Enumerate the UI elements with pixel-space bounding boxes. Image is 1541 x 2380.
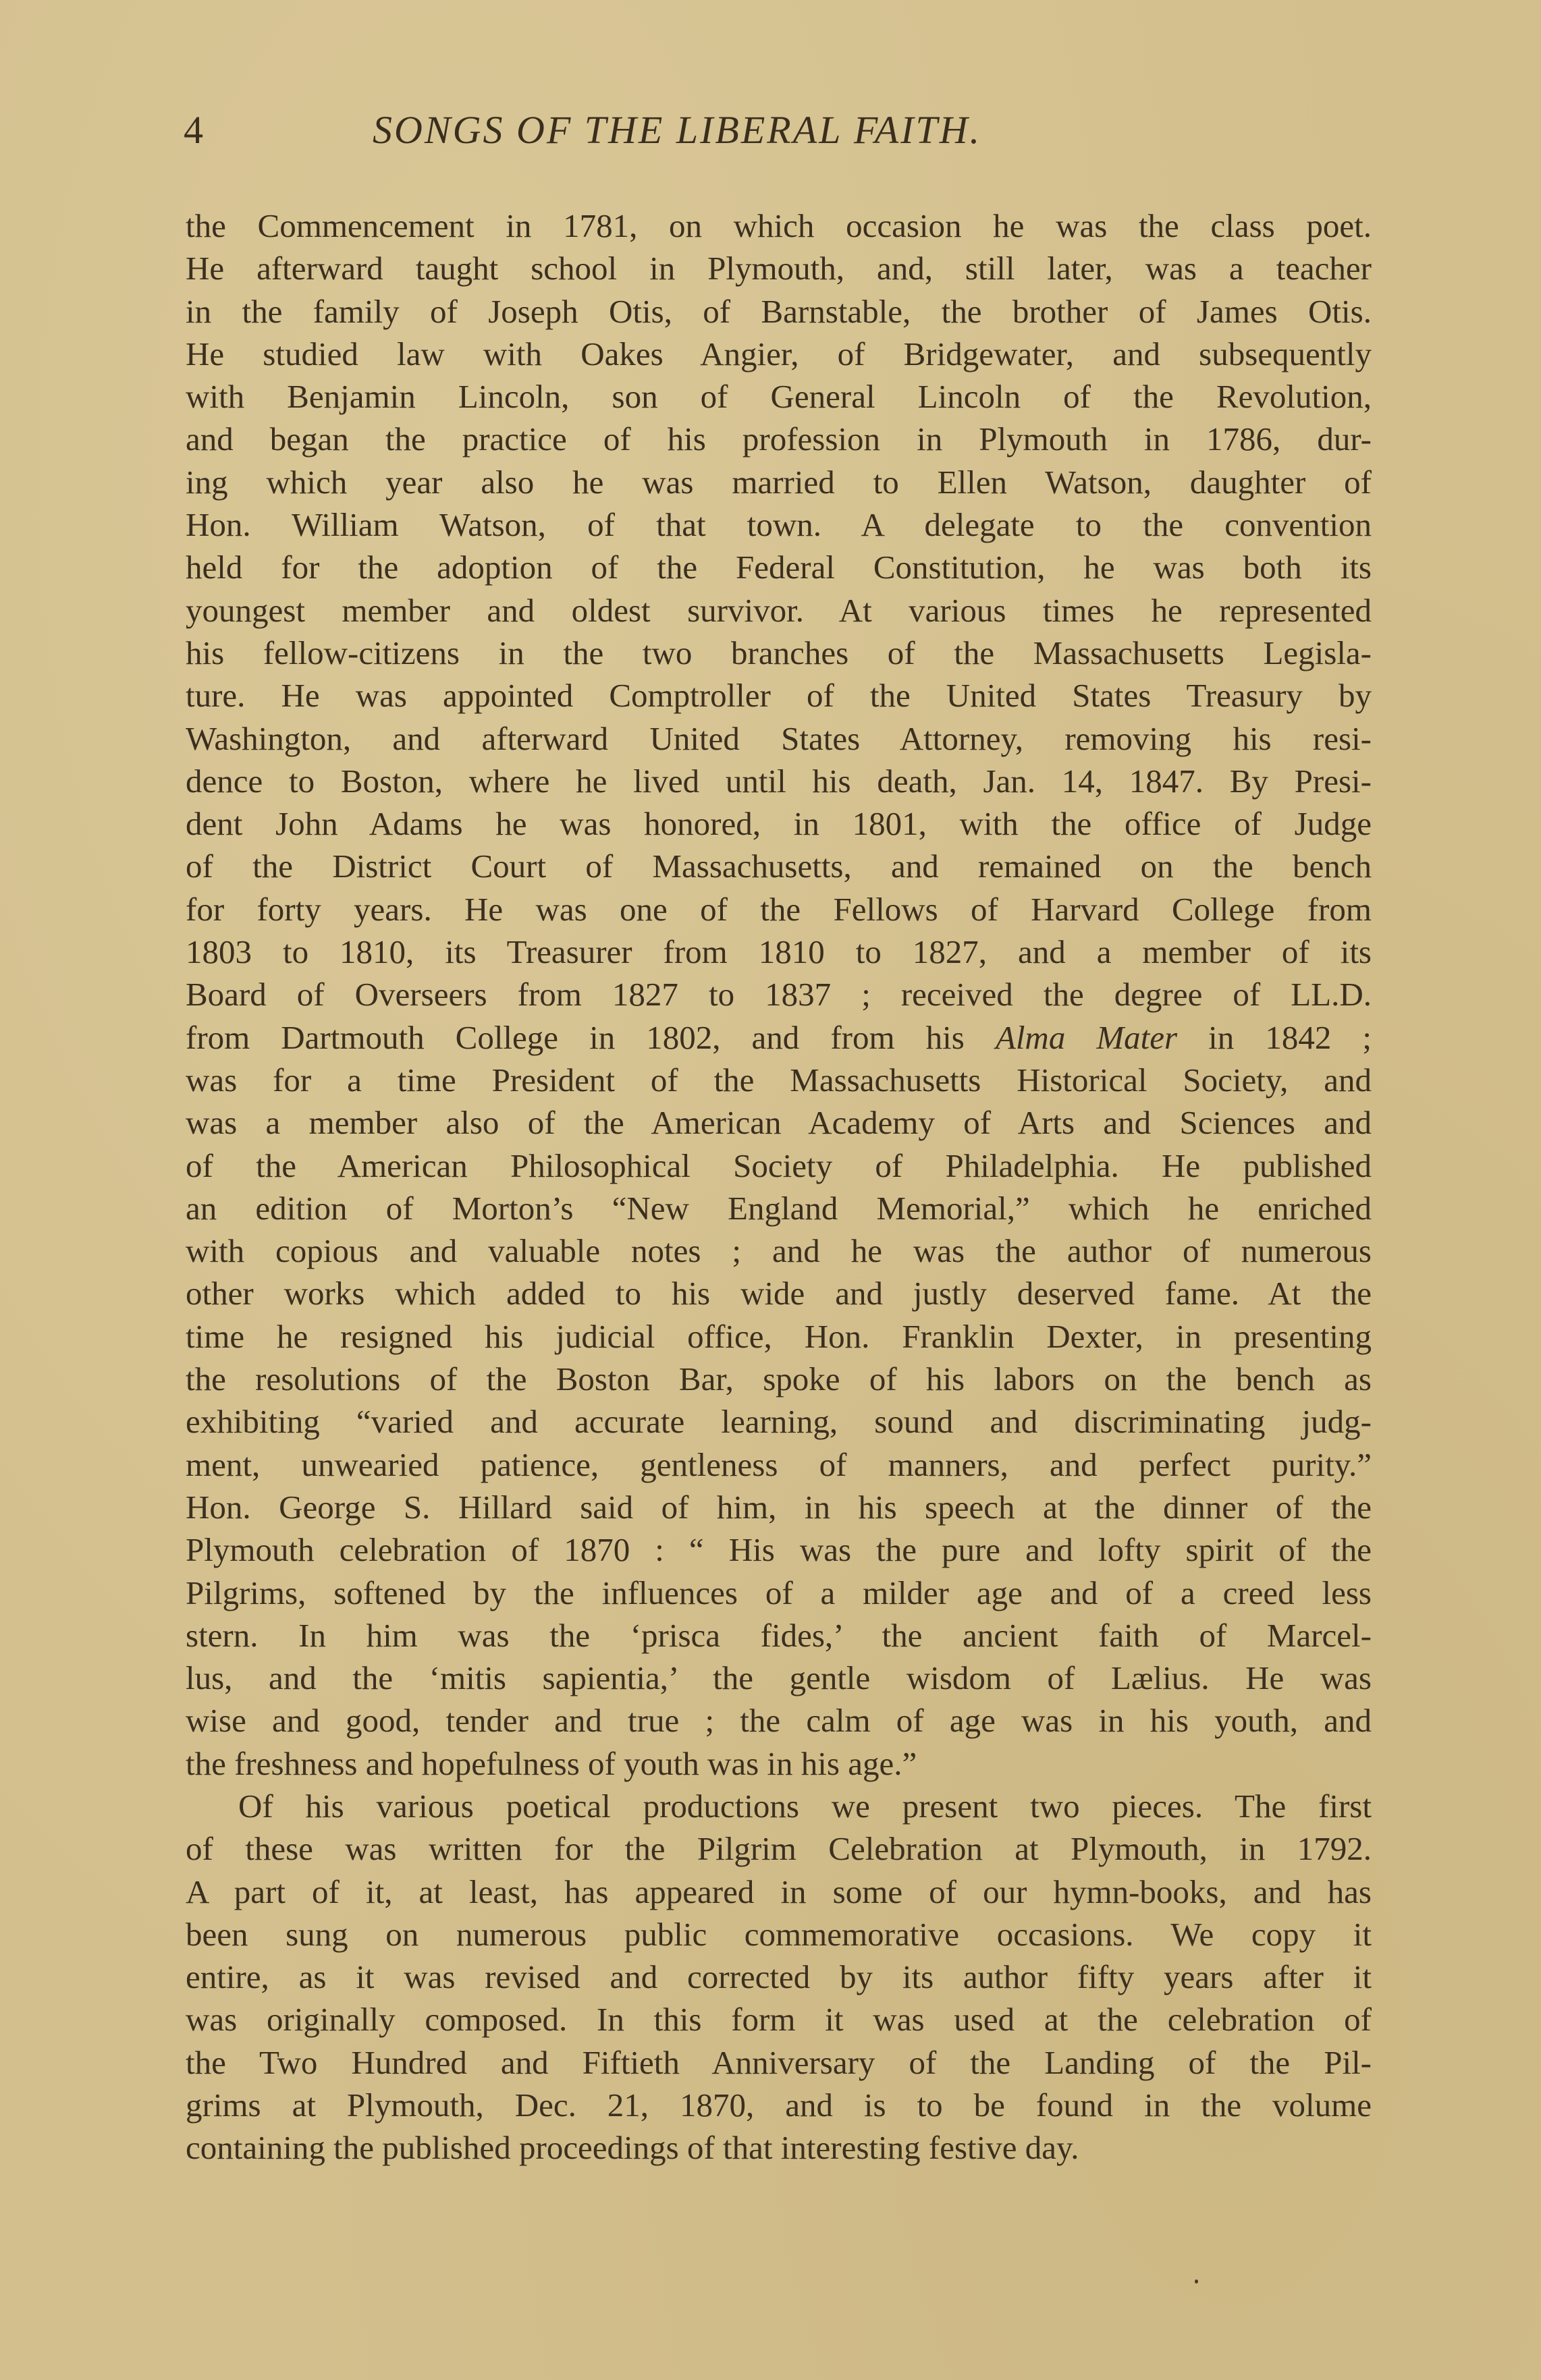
text-line: been sung on numerous public commemorati…: [186, 1913, 1372, 1956]
text-line: his fellow-citizens in the two branches …: [186, 632, 1372, 674]
running-title: SONGS OF THE LIBERAL FAITH.: [373, 100, 981, 161]
paragraph-biography: the Commencement in 1781, on which occas…: [186, 204, 1372, 1785]
running-head: 4 SONGS OF THE LIBERAL FAITH.: [184, 100, 1372, 161]
text-line: with copious and valuable notes ; and he…: [186, 1229, 1372, 1272]
text-line: wise and good, tender and true ; the cal…: [186, 1699, 1372, 1742]
text-line: Washington, and afterward United States …: [186, 717, 1372, 760]
text-line: entire, as it was revised and corrected …: [186, 1956, 1372, 1998]
body-text: the Commencement in 1781, on which occas…: [186, 204, 1372, 2169]
text-line: the Commencement in 1781, on which occas…: [186, 204, 1372, 247]
text-line: ment, unwearied patience, gentleness of …: [186, 1443, 1372, 1486]
text-line: and began the practice of his profession…: [186, 418, 1372, 460]
text-line: He studied law with Oakes Angier, of Bri…: [186, 333, 1372, 375]
book-page: 4 SONGS OF THE LIBERAL FAITH. the Commen…: [0, 0, 1541, 2380]
text-line: exhibiting “varied and accurate learning…: [186, 1400, 1372, 1443]
text-line: ing which year also he was married to El…: [186, 461, 1372, 503]
text-line: other works which added to his wide and …: [186, 1272, 1372, 1314]
paper-speck: [1195, 2279, 1198, 2284]
text-line: lus, and the ‘mitis sapientia,’ the gent…: [186, 1657, 1372, 1699]
text-line: Hon. George S. Hillard said of him, in h…: [186, 1486, 1372, 1528]
page-number: 4: [184, 100, 203, 161]
text-line: He afterward taught school in Plymouth, …: [186, 247, 1372, 289]
text-line: of the American Philosophical Society of…: [186, 1144, 1372, 1187]
text-line: the Two Hundred and Fiftieth Anniversary…: [186, 2041, 1372, 2084]
text-line: from Dartmouth College in 1802, and from…: [186, 1016, 1372, 1059]
text-line: stern. In him was the ‘prisca fides,’ th…: [186, 1614, 1372, 1657]
text-line: ture. He was appointed Comptroller of th…: [186, 674, 1372, 717]
text-line: with Benjamin Lincoln, son of General Li…: [186, 375, 1372, 418]
paragraph-poetical-productions: Of his various poetical productions we p…: [186, 1785, 1372, 2169]
text-line: was for a time President of the Massachu…: [186, 1059, 1372, 1101]
text-line: held for the adoption of the Federal Con…: [186, 546, 1372, 588]
text-line: was originally composed. In this form it…: [186, 1998, 1372, 2041]
text-line: Plymouth celebration of 1870 : “ His was…: [186, 1528, 1372, 1571]
italic-phrase: Alma Mater: [996, 1019, 1177, 1056]
text-line: Pilgrims, softened by the influences of …: [186, 1572, 1372, 1614]
text-line: Hon. William Watson, of that town. A del…: [186, 503, 1372, 546]
text-line: an edition of Morton’s “New England Memo…: [186, 1187, 1372, 1229]
text-line: in the family of Joseph Otis, of Barnsta…: [186, 290, 1372, 333]
text-line: of these was written for the Pilgrim Cel…: [186, 1827, 1372, 1870]
text-segment: in 1842 ;: [1177, 1019, 1372, 1056]
text-segment: from Dartmouth College in 1802, and from…: [186, 1019, 996, 1056]
text-line: 1803 to 1810, its Treasurer from 1810 to…: [186, 931, 1372, 973]
text-line: youngest member and oldest survivor. At …: [186, 589, 1372, 632]
text-line: the resolutions of the Boston Bar, spoke…: [186, 1358, 1372, 1400]
text-line: containing the published proceedings of …: [186, 2126, 1372, 2169]
text-line: grims at Plymouth, Dec. 21, 1870, and is…: [186, 2084, 1372, 2126]
text-line: of the District Court of Massachusetts, …: [186, 845, 1372, 887]
text-line: Board of Overseers from 1827 to 1837 ; r…: [186, 973, 1372, 1016]
text-line: time he resigned his judicial office, Ho…: [186, 1315, 1372, 1358]
text-line: A part of it, at least, has appeared in …: [186, 1871, 1372, 1913]
text-line: Of his various poetical productions we p…: [186, 1785, 1372, 1827]
text-line: dent John Adams he was honored, in 1801,…: [186, 802, 1372, 845]
text-line: for forty years. He was one of the Fello…: [186, 888, 1372, 931]
text-line: dence to Boston, where he lived until hi…: [186, 760, 1372, 802]
text-line: the freshness and hopefulness of youth w…: [186, 1742, 1372, 1785]
text-line: was a member also of the American Academ…: [186, 1101, 1372, 1144]
